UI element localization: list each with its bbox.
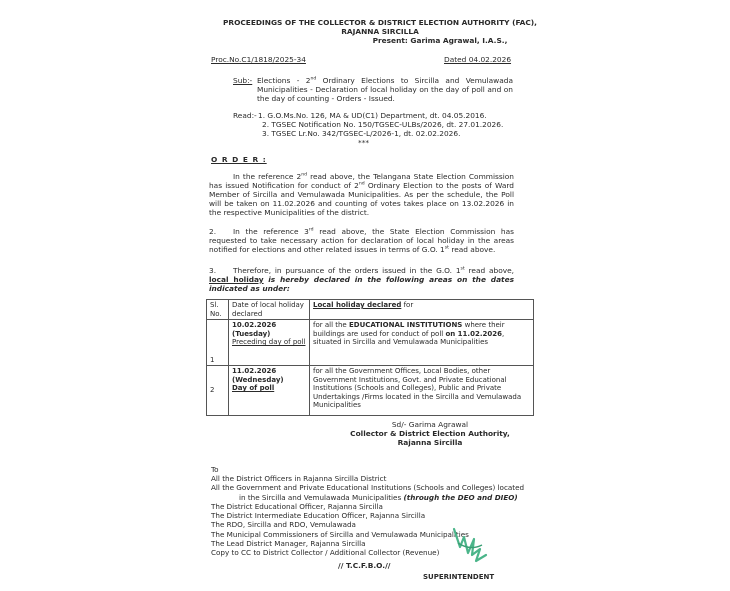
header-date: Date of local holiday declared bbox=[229, 300, 310, 320]
header-sl-no: Sl. No. bbox=[207, 300, 229, 320]
tcfbo: // T.C.F.B.O.// bbox=[338, 561, 390, 570]
read-item-3: 3. TGSEC Lr.No. 342/TGSEC-L/2026-1, dt. … bbox=[262, 129, 460, 138]
list-item: All the Government and Private Education… bbox=[211, 483, 524, 492]
header-holiday: Local holiday declared for bbox=[310, 300, 534, 320]
table-row: 1 10.02.2026 (Tuesday) Preceding day of … bbox=[207, 320, 534, 366]
dated: Dated 04.02.2026 bbox=[444, 55, 511, 64]
header-present: Present: Garima Agrawal, I.A.S., bbox=[240, 36, 640, 45]
signature-scribble-icon bbox=[450, 525, 490, 570]
paragraph-2: In the reference 3rd read above, the Sta… bbox=[209, 227, 514, 254]
list-item: The District Intermediate Education Offi… bbox=[211, 511, 524, 520]
row-holiday-cell: for all the EDUCATIONAL INSTITUTIONS whe… bbox=[310, 320, 534, 366]
local-holiday-emphasis: local holiday bbox=[209, 275, 264, 284]
proc-number: Proc.No.C1/1818/2025-34 bbox=[211, 55, 306, 64]
row-sl: 2 bbox=[207, 366, 229, 416]
read-item-1: 1. G.O.Ms.No. 126, MA & UD(C1) Departmen… bbox=[258, 111, 487, 120]
list-item-continuation: in the Sircilla and Vemulawada Municipal… bbox=[211, 493, 524, 502]
holiday-table: Sl. No. Date of local holiday declared L… bbox=[206, 299, 534, 416]
row-date-cell: 10.02.2026 (Tuesday) Preceding day of po… bbox=[229, 320, 310, 366]
signature-designation: Collector & District Election Authority, bbox=[320, 429, 540, 438]
table-row: 2 11.02.2026 (Wednesday) Day of poll for… bbox=[207, 366, 534, 416]
paragraph-3: Therefore, in pursuance of the orders is… bbox=[209, 266, 514, 293]
signature-name: Sd/- Garima Agrawal bbox=[320, 420, 540, 429]
superintendent-label: SUPERINTENDENT bbox=[423, 573, 494, 582]
separator: *** bbox=[358, 138, 369, 147]
read-item-2: 2. TGSEC Notification No. 150/TGSEC-ULBs… bbox=[262, 120, 503, 129]
header-district: RAJANNA SIRCILLA bbox=[180, 27, 580, 36]
row-sl: 1 bbox=[207, 320, 229, 366]
subject-label: Sub:- bbox=[233, 76, 252, 85]
header-title: PROCEEDINGS OF THE COLLECTOR & DISTRICT … bbox=[180, 18, 580, 27]
row-holiday-cell: for all the Government Offices, Local Bo… bbox=[310, 366, 534, 416]
to-label: To bbox=[211, 465, 524, 474]
order-heading: O R D E R : bbox=[211, 155, 267, 164]
document-page: PROCEEDINGS OF THE COLLECTOR & DISTRICT … bbox=[0, 0, 730, 591]
row-date-cell: 11.02.2026 (Wednesday) Day of poll bbox=[229, 366, 310, 416]
paragraph-1: In the reference 2nd read above, the Tel… bbox=[209, 172, 514, 217]
list-item: All the District Officers in Rajanna Sir… bbox=[211, 474, 524, 483]
read-label: Read:- bbox=[233, 111, 257, 120]
subject-text: Elections - 2nd Ordinary Elections to Si… bbox=[257, 76, 513, 103]
signature-district: Rajanna Sircilla bbox=[320, 438, 540, 447]
table-header-row: Sl. No. Date of local holiday declared L… bbox=[207, 300, 534, 320]
list-item: The District Educational Officer, Rajann… bbox=[211, 502, 524, 511]
